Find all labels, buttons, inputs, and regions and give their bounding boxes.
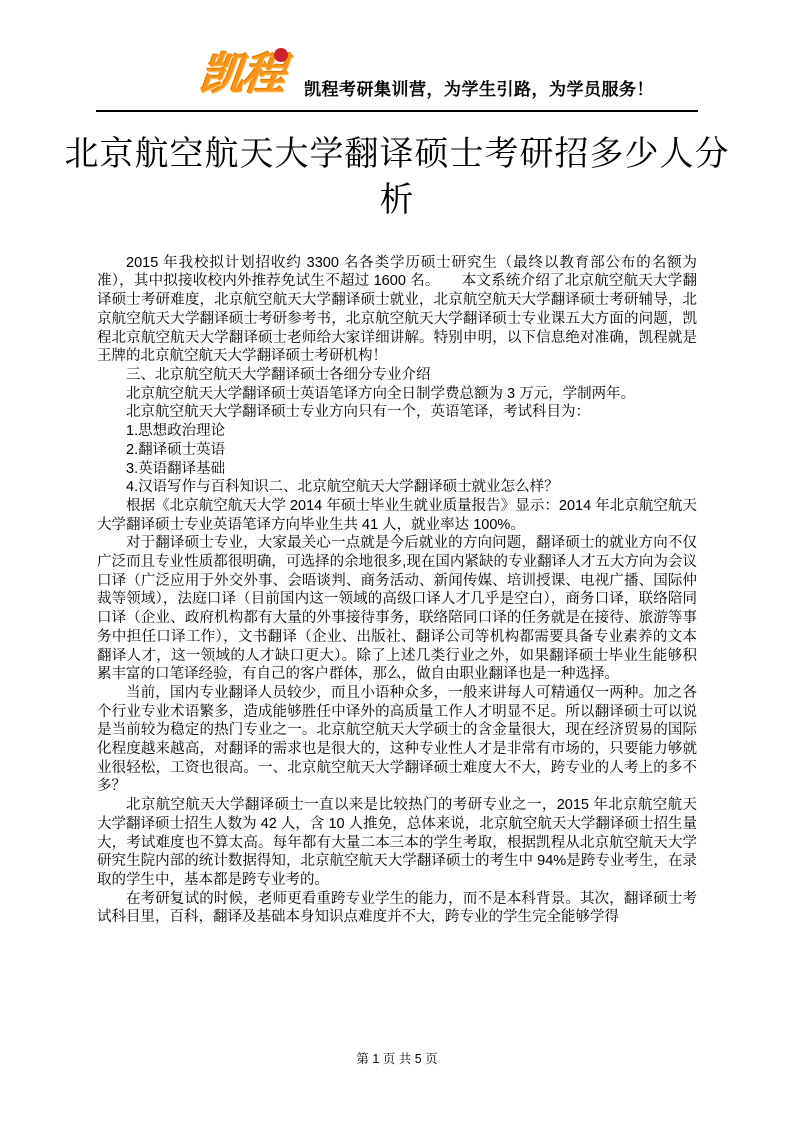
body-paragraph: 当前，国内专业翻译人员较少，而且小语种众多，一般来讲每人可精通仅一两种。加之各个… <box>97 684 697 796</box>
header: 凯程 凯程考研集训营，为学生引路，为学员服务！ <box>0 0 794 104</box>
body-paragraph: 1.思想政治理论 <box>97 422 697 441</box>
body-paragraph: 4.汉语写作与百科知识二、北京航空航天大学翻译硕士就业怎么样？ <box>97 478 697 497</box>
header-inner: 凯程 凯程考研集训营，为学生引路，为学员服务！ <box>96 46 698 104</box>
body-paragraph: 根据《北京航空航天大学 2014 年硕士毕业生就业质量报告》显示：2014 年北… <box>97 497 697 534</box>
document-body: 2015 年我校拟计划招收约 3300 名各类学历硕士研究生（最终以教育部公布的… <box>97 254 697 927</box>
body-paragraph: 对于翻译硕士专业，大家最关心一点就是今后就业的方向问题，翻译硕士的就业方向不仅广… <box>97 534 697 684</box>
page-footer: 第 1 页 共 5 页 <box>0 1049 794 1067</box>
body-paragraph: 北京航空航天大学翻译硕士一直以来是比较热门的考研专业之一，2015 年北京航空航… <box>97 796 697 890</box>
body-paragraph: 三、北京航空航天大学翻译硕士各细分专业介绍 <box>97 366 697 385</box>
document-title: 北京航空航天大学翻译硕士考研招多少人分析 <box>60 132 734 224</box>
kaicheng-logo: 凯程 <box>200 46 284 104</box>
page-number: 第 1 页 共 5 页 <box>356 1052 437 1066</box>
logo-text: 凯程 <box>198 53 287 97</box>
body-paragraph: 3.英语翻译基础 <box>97 460 697 479</box>
body-paragraph: 2015 年我校拟计划招收约 3300 名各类学历硕士研究生（最终以教育部公布的… <box>97 254 697 366</box>
logo-red-dot-icon <box>274 48 288 62</box>
document-page: 凯程 凯程考研集训营，为学生引路，为学员服务！ 北京航空航天大学翻译硕士考研招多… <box>0 0 794 1123</box>
header-tagline: 凯程考研集训营，为学生引路，为学员服务！ <box>304 75 654 104</box>
body-paragraph: 北京航空航天大学翻译硕士英语笔译方向全日制学费总额为 3 万元，学制两年。 <box>97 385 697 404</box>
header-divider <box>96 110 698 112</box>
body-paragraph: 北京航空航天大学翻译硕士专业方向只有一个，英语笔译，考试科目为： <box>97 403 697 422</box>
body-paragraph: 2.翻译硕士英语 <box>97 441 697 460</box>
body-paragraph: 在考研复试的时候，老师更看重跨专业学生的能力，而不是本科背景。其次，翻译硕士考试… <box>97 890 697 927</box>
